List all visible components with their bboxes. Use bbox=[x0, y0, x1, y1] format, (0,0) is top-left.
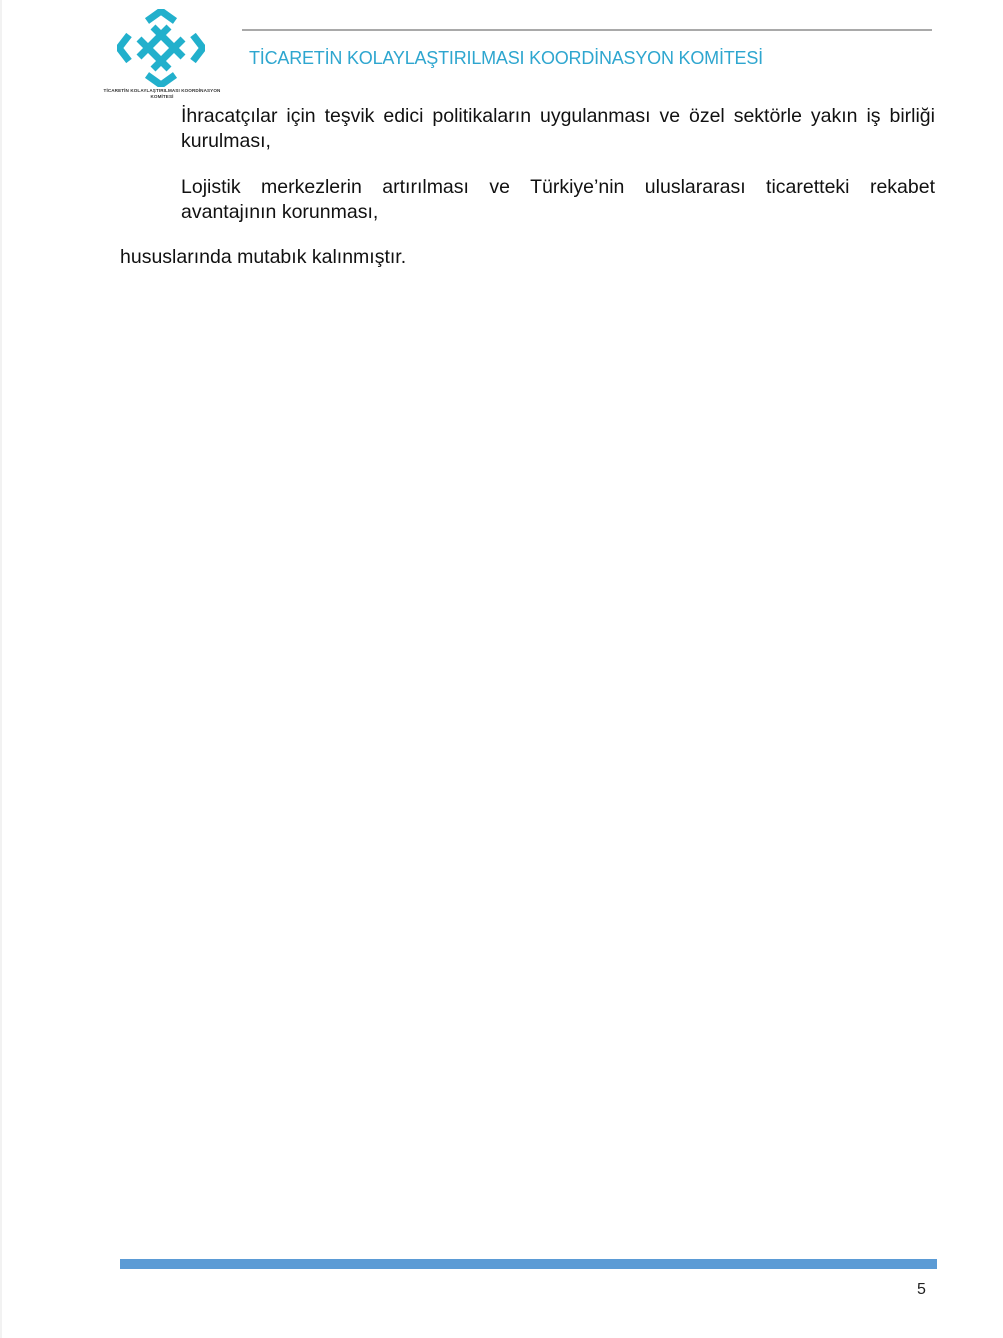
scan-edge bbox=[0, 0, 2, 1338]
list-item-line: Lojistik merkezlerin artırılması ve Türk… bbox=[181, 175, 935, 200]
header-divider bbox=[242, 29, 932, 31]
header-title: TİCARETİN KOLAYLAŞTIRILMASI KOORDİNASYON… bbox=[249, 48, 763, 69]
diamond-knot-logo-icon bbox=[117, 9, 205, 87]
page-number: 5 bbox=[917, 1281, 926, 1299]
list-item: İhracatçılar için teşvik edici politikal… bbox=[181, 104, 935, 154]
logo-caption-line2: KOMİTESİ bbox=[92, 94, 232, 100]
list-item-line: avantajının korunması, bbox=[181, 201, 378, 223]
list-item: Lojistik merkezlerin artırılması ve Türk… bbox=[181, 175, 935, 225]
logo-caption: TİCARETİN KOLAYLAŞTIRILMASI KOORDİNASYON… bbox=[92, 88, 232, 100]
closing-statement: hususlarında mutabık kalınmıştır. bbox=[120, 245, 820, 270]
footer-bar bbox=[120, 1259, 937, 1269]
